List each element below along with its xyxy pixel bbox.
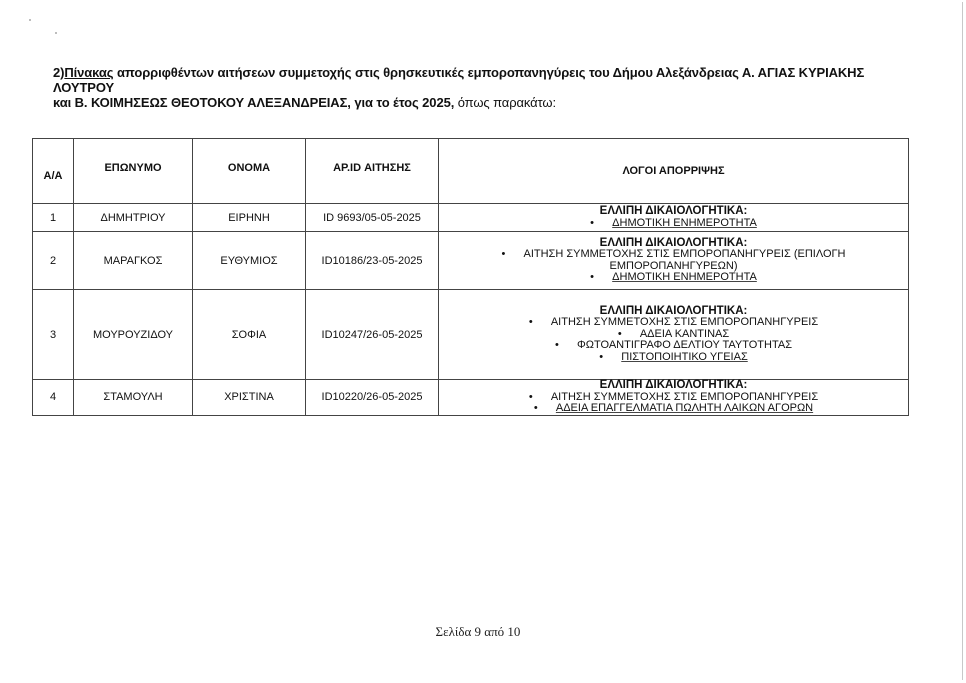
rejection-reasons: ΕΛΛΙΠΗ ΔΙΚΑΙΟΛΟΓΗΤΙΚΑ:ΑΙΤΗΣΗ ΣΥΜΜΕΤΟΧΗΣ … — [439, 380, 908, 415]
cell-reasons: ΕΛΛΙΠΗ ΔΙΚΑΙΟΛΟΓΗΤΙΚΑ:ΑΙΤΗΣΗ ΣΥΜΜΕΤΟΧΗΣ … — [439, 232, 909, 290]
page-number: Σελίδα 9 από 10 — [0, 624, 956, 640]
cell-application-id: ID10220/26-05-2025 — [306, 380, 439, 416]
heading-underlined-word: Πίνακας — [64, 65, 113, 80]
reason-item: ΔΗΜΟΤΙΚΗ ΕΝΗΜΕΡΟΤΗΤΑ — [443, 272, 904, 284]
header-surname: ΕΠΩΝΥΜΟ — [74, 139, 193, 204]
reason-item-text: ΔΗΜΟΤΙΚΗ ΕΝΗΜΕΡΟΤΗΤΑ — [612, 271, 757, 283]
header-name: ΟΝΟΜΑ — [193, 139, 306, 204]
cell-aa: 1 — [33, 204, 74, 232]
cell-aa: 4 — [33, 380, 74, 416]
cell-reasons: ΕΛΛΙΠΗ ΔΙΚΑΙΟΛΟΓΗΤΙΚΑ:ΔΗΜΟΤΙΚΗ ΕΝΗΜΕΡΟΤΗ… — [439, 204, 909, 232]
rejection-reasons: ΕΛΛΙΠΗ ΔΙΚΑΙΟΛΟΓΗΤΙΚΑ:ΑΙΤΗΣΗ ΣΥΜΜΕΤΟΧΗΣ … — [439, 238, 908, 284]
reason-item: ΔΗΜΟΤΙΚΗ ΕΝΗΜΕΡΟΤΗΤΑ — [443, 218, 904, 230]
reason-item-text: ΔΗΜΟΤΙΚΗ ΕΝΗΜΕΡΟΤΗΤΑ — [612, 217, 757, 229]
cell-aa: 2 — [33, 232, 74, 290]
heading-line-2: και Β. ΚΟΙΜΗΣΕΩΣ ΘΕΟΤΟΚΟΥ ΑΛΕΞΑΝΔΡΕΙΑΣ, … — [53, 95, 923, 110]
cell-surname: ΔΗΜΗΤΡΙΟΥ — [74, 204, 193, 232]
header-application-id: ΑΡ.ID ΑΙΤΗΣΗΣ — [306, 139, 439, 204]
cell-name: ΣΟΦΙΑ — [193, 290, 306, 380]
reason-item: ΠΙΣΤΟΠΟΙΗΤΙΚΟ ΥΓΕΙΑΣ — [443, 352, 904, 364]
section-heading: 2)Πίνακας απορριφθέντων αιτήσεων συμμετο… — [53, 65, 923, 110]
cell-surname: ΜΟΥΡΟΥΖΙΔΟΥ — [74, 290, 193, 380]
table-row: 3ΜΟΥΡΟΥΖΙΔΟΥΣΟΦΙΑID10247/26-05-2025ΕΛΛΙΠ… — [33, 290, 909, 380]
cell-application-id: ID 9693/05-05-2025 — [306, 204, 439, 232]
heading-line-1: 2)Πίνακας απορριφθέντων αιτήσεων συμμετο… — [53, 65, 923, 95]
header-reasons: ΛΟΓΟΙ ΑΠΟΡΡΙΨΗΣ — [439, 139, 909, 204]
reason-item-text: ΠΙΣΤΟΠΟΙΗΤΙΚΟ ΥΓΕΙΑΣ — [621, 351, 748, 363]
table-row: 4ΣΤΑΜΟΥΛΗΧΡΙΣΤΙΝΑID10220/26-05-2025ΕΛΛΙΠ… — [33, 380, 909, 416]
reason-item-text: ΑΙΤΗΣΗ ΣΥΜΜΕΤΟΧΗΣ ΣΤΙΣ ΕΜΠΟΡΟΠΑΝΗΓΥΡΕΙΣ … — [523, 248, 845, 272]
table-body: 1ΔΗΜΗΤΡΙΟΥΕΙΡΗΝΗID 9693/05-05-2025ΕΛΛΙΠΗ… — [33, 204, 909, 416]
table-row: 2ΜΑΡΑΓΚΟΣΕΥΘΥΜΙΟΣID10186/23-05-2025ΕΛΛΙΠ… — [33, 232, 909, 290]
heading-text-line-2-normal: όπως παρακάτω: — [454, 95, 556, 110]
cell-name: ΕΥΘΥΜΙΟΣ — [193, 232, 306, 290]
reason-item-text: ΑΔΕΙΑ ΚΑΝΤΙΝΑΣ — [640, 328, 729, 340]
heading-text-line-2-bold: και Β. ΚΟΙΜΗΣΕΩΣ ΘΕΟΤΟΚΟΥ ΑΛΕΞΑΝΔΡΕΙΑΣ, … — [53, 95, 454, 110]
scan-artifact-dot — [55, 32, 57, 34]
rejection-reasons: ΕΛΛΙΠΗ ΔΙΚΑΙΟΛΟΓΗΤΙΚΑ:ΔΗΜΟΤΙΚΗ ΕΝΗΜΕΡΟΤΗ… — [439, 206, 908, 229]
heading-number: 2) — [53, 65, 64, 80]
table-row: 1ΔΗΜΗΤΡΙΟΥΕΙΡΗΝΗID 9693/05-05-2025ΕΛΛΙΠΗ… — [33, 204, 909, 232]
reason-item: ΑΔΕΙΑ ΕΠΑΓΓΕΛΜΑΤΙΑ ΠΩΛΗΤΗ ΛΑΙΚΩΝ ΑΓΟΡΩΝ — [443, 403, 904, 415]
reason-item-text: ΦΩΤΟΑΝΤΙΓΡΑΦΟ ΔΕΛΤΙΟΥ ΤΑΥΤΟΤΗΤΑΣ — [577, 339, 792, 351]
reason-item-text: ΑΔΕΙΑ ΕΠΑΓΓΕΛΜΑΤΙΑ ΠΩΛΗΤΗ ΛΑΙΚΩΝ ΑΓΟΡΩΝ — [556, 402, 813, 414]
cell-name: ΕΙΡΗΝΗ — [193, 204, 306, 232]
cell-surname: ΜΑΡΑΓΚΟΣ — [74, 232, 193, 290]
rejected-applications-table: Α/Α ΕΠΩΝΥΜΟ ΟΝΟΜΑ ΑΡ.ID ΑΙΤΗΣΗΣ ΛΟΓΟΙ ΑΠ… — [32, 138, 909, 416]
reason-item: ΑΙΤΗΣΗ ΣΥΜΜΕΤΟΧΗΣ ΣΤΙΣ ΕΜΠΟΡΟΠΑΝΗΓΥΡΕΙΣ … — [443, 249, 904, 272]
scan-edge-line — [962, 2, 963, 680]
cell-aa: 3 — [33, 290, 74, 380]
reason-item-text: ΑΙΤΗΣΗ ΣΥΜΜΕΤΟΧΗΣ ΣΤΙΣ ΕΜΠΟΡΟΠΑΝΗΓΥΡΕΙΣ — [551, 391, 818, 403]
cell-reasons: ΕΛΛΙΠΗ ΔΙΚΑΙΟΛΟΓΗΤΙΚΑ:ΑΙΤΗΣΗ ΣΥΜΜΕΤΟΧΗΣ … — [439, 380, 909, 416]
cell-application-id: ID10247/26-05-2025 — [306, 290, 439, 380]
header-aa: Α/Α — [33, 139, 74, 204]
reason-item-text: ΑΙΤΗΣΗ ΣΥΜΜΕΤΟΧΗΣ ΣΤΙΣ ΕΜΠΟΡΟΠΑΝΗΓΥΡΕΙΣ — [551, 316, 818, 328]
heading-text-line-1: απορριφθέντων αιτήσεων συμμετοχής στις θ… — [53, 65, 864, 95]
table-header-row: Α/Α ΕΠΩΝΥΜΟ ΟΝΟΜΑ ΑΡ.ID ΑΙΤΗΣΗΣ ΛΟΓΟΙ ΑΠ… — [33, 139, 909, 204]
cell-application-id: ID10186/23-05-2025 — [306, 232, 439, 290]
cell-surname: ΣΤΑΜΟΥΛΗ — [74, 380, 193, 416]
cell-name: ΧΡΙΣΤΙΝΑ — [193, 380, 306, 416]
scan-artifact-dot — [29, 19, 31, 21]
rejection-reasons: ΕΛΛΙΠΗ ΔΙΚΑΙΟΛΟΓΗΤΙΚΑ:ΑΙΤΗΣΗ ΣΥΜΜΕΤΟΧΗΣ … — [439, 306, 908, 364]
cell-reasons: ΕΛΛΙΠΗ ΔΙΚΑΙΟΛΟΓΗΤΙΚΑ:ΑΙΤΗΣΗ ΣΥΜΜΕΤΟΧΗΣ … — [439, 290, 909, 380]
